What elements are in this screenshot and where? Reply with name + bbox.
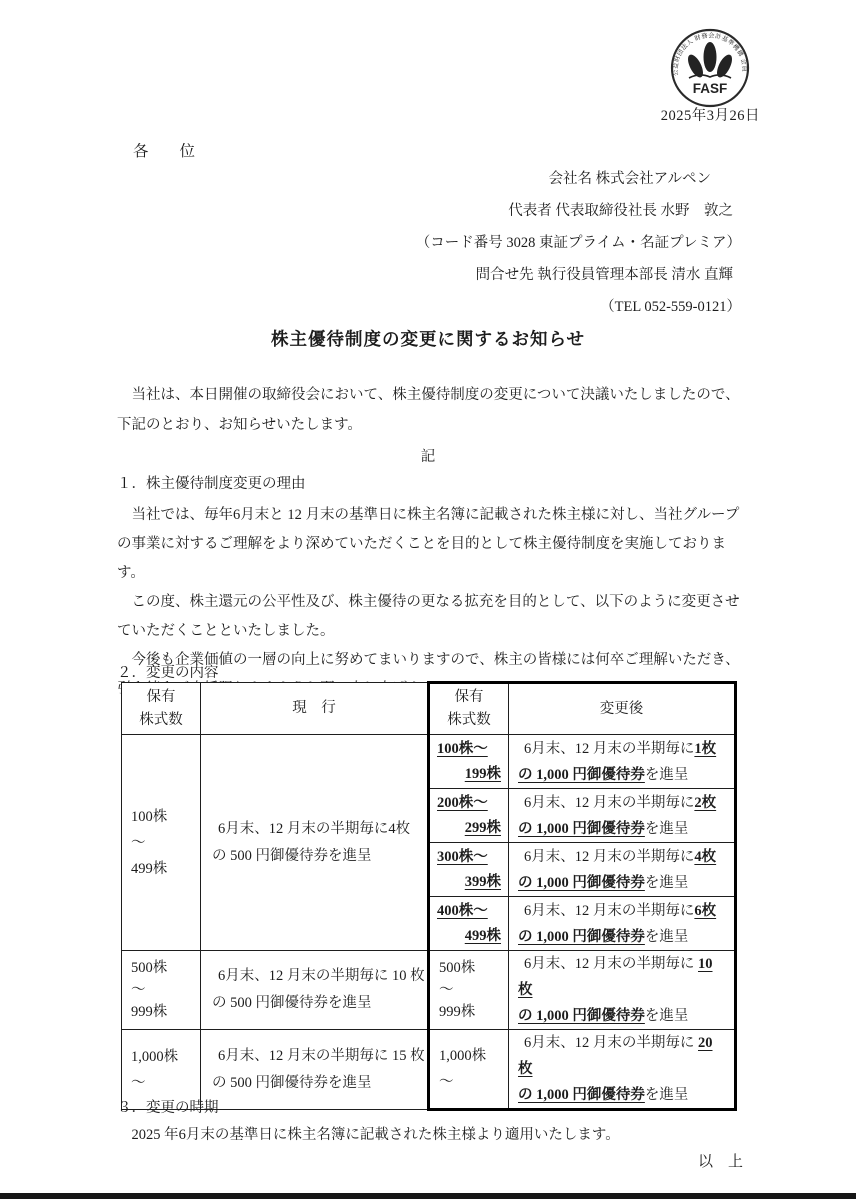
company-name-line: 会社名 株式会社アルペン [416, 163, 741, 195]
salutation: 各 位 [133, 139, 195, 161]
representative-line: 代表者 代表取締役社長 水野 敦之 [416, 195, 741, 227]
current-benefit-group3: 6月末、12 月末の半期毎に 15 枚 の 500 円御優待券を進呈 [201, 1030, 429, 1110]
current-range-group1: 100株 ～ 499株 [122, 735, 201, 951]
section1-line: この度、株主還元の公平性及び、株主優待の更なる拡充を目的として、以下のように変更… [117, 588, 745, 617]
intro-paragraph: 当社は、本日開催の取締役会において、株主優待制度の変更について決議いたしましたの… [117, 381, 743, 440]
section1-heading: １．株主優待制度変更の理由 [117, 472, 306, 493]
intro-line: 下記のとおり、お知らせいたします。 [117, 411, 743, 441]
after-benefit-row3: 6月末、12 月末の半期毎に4枚 の 1,000 円御優待券を進呈 [509, 843, 736, 897]
after-benefit-row2: 6月末、12 月末の半期毎に2枚 の 1,000 円御優待券を進呈 [509, 789, 736, 843]
leaf-center-icon [704, 42, 717, 72]
closing-mark: 以 上 [698, 1150, 743, 1171]
intro-line: 当社は、本日開催の取締役会において、株主優待制度の変更について決議いたしましたの… [117, 381, 743, 411]
fasf-label: FASF [693, 81, 728, 96]
header-holding-after: 保有 株式数 [429, 683, 509, 735]
contact-line: 問合せ先 執行役員管理本部長 清水 直輝 [416, 259, 741, 291]
notation-ki: 記 [0, 445, 856, 466]
after-range-row4: 400株～ 499株 [429, 897, 509, 951]
after-range-row5: 500株 ～ 999株 [429, 951, 509, 1030]
section1-line: 当社では、毎年6月末と 12 月末の基準日に株主名簿に記載された株主様に対し、当… [117, 501, 745, 530]
after-range-row1: 100株～ 199株 [429, 735, 509, 789]
after-range-row6: 1,000株 ～ [429, 1030, 509, 1110]
fasf-logo: 公益財団法人 財務会計基準機構 会員 FASF [668, 26, 752, 110]
document-title: 株主優待制度の変更に関するお知らせ [0, 326, 856, 351]
company-info-block: 会社名 株式会社アルペン 代表者 代表取締役社長 水野 敦之 （コード番号 30… [416, 163, 741, 323]
after-benefit-row1: 6月末、12 月末の半期毎に1枚 の 1,000 円御優待券を進呈 [509, 735, 736, 789]
after-range-row3: 300株～ 399株 [429, 843, 509, 897]
header-after: 変更後 [509, 683, 736, 735]
stock-code-line: （コード番号 3028 東証プライム・名証プレミア） [416, 227, 741, 259]
after-benefit-row6: 6月末、12 月末の半期毎に 20 枚 の 1,000 円御優待券を進呈 [509, 1030, 736, 1110]
section3-body: 2025 年6月末の基準日に株主名簿に記載された株主様より適用いたします。 [117, 1123, 620, 1144]
after-benefit-row4: 6月末、12 月末の半期毎に6枚 の 1,000 円御優待券を進呈 [509, 897, 736, 951]
header-current: 現 行 [201, 683, 429, 735]
header-holding-current: 保有 株式数 [122, 683, 201, 735]
page-bottom-edge [0, 1193, 856, 1199]
after-range-row2: 200株～ 299株 [429, 789, 509, 843]
section1-line: ていただくことといたしました。 [117, 617, 745, 646]
current-benefit-group1: 6月末、12 月末の半期毎に4枚 の 500 円御優待券を進呈 [201, 735, 429, 951]
phone-line: （TEL 052-559-0121） [416, 291, 741, 323]
current-range-group2: 500株 ～ 999株 [122, 951, 201, 1030]
after-benefit-row5: 6月末、12 月末の半期毎に 10 枚 の 1,000 円御優待券を進呈 [509, 951, 736, 1030]
section1-line: の事業に対するご理解をより深めていただくことを目的として株主優待制度を実施してお… [117, 530, 745, 588]
document-page: 公益財団法人 財務会計基準機構 会員 FASF 2025年3月26日 各 位 会… [0, 0, 856, 1200]
fasf-logo-graphic: 公益財団法人 財務会計基準機構 会員 FASF [668, 26, 752, 110]
section3-heading: ３．変更の時期 [117, 1096, 219, 1117]
current-benefit-group2: 6月末、12 月末の半期毎に 10 枚 の 500 円御優待券を進呈 [201, 951, 429, 1030]
section2-heading: ２．変更の内容 [117, 661, 219, 682]
benefit-comparison-table: 保有 株式数 現 行 保有 株式数 変更後 100株 ～ 499株 6月末、12… [121, 681, 737, 1111]
issue-date: 2025年3月26日 [661, 104, 760, 125]
